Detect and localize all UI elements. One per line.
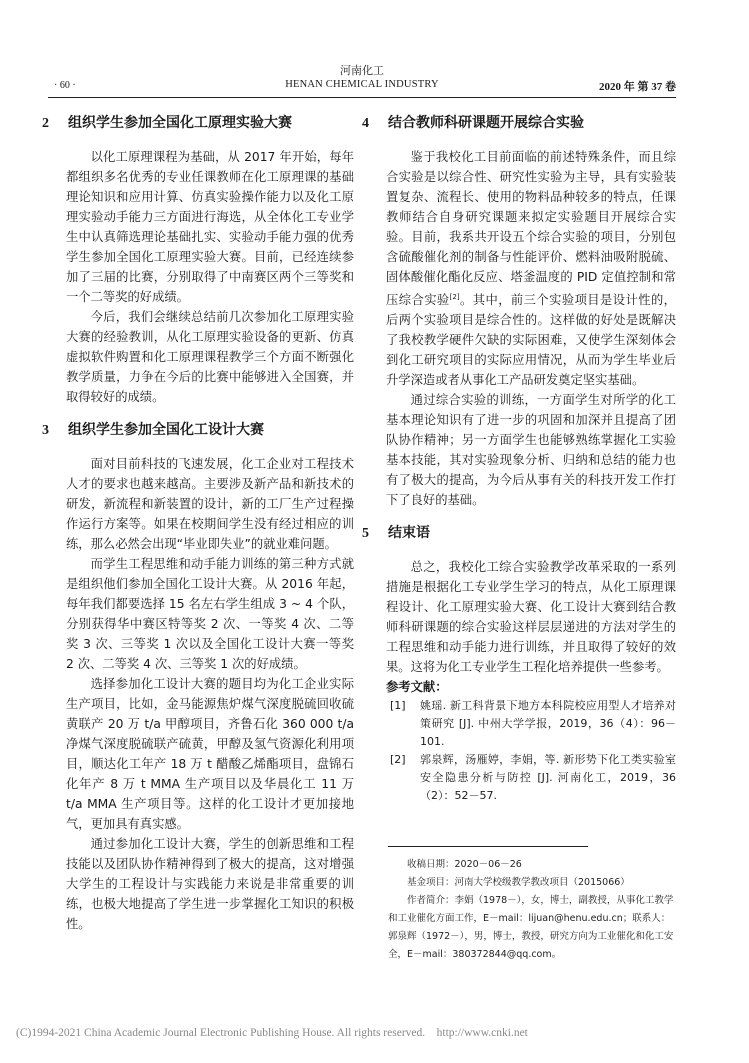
references-heading: 参考文献：: [386, 677, 676, 697]
paragraph: 鉴于我校化工目前面临的前述特殊条件，而且综合实验是以综合性、研究性实验为主导，具…: [386, 147, 676, 390]
section-title: 组织学生参加全国化工原理实验大赛: [68, 115, 292, 131]
section-4-heading: 4结合教师科研课题开展综合实验: [386, 112, 676, 135]
section-5-heading: 5结束语: [386, 522, 676, 545]
footnote-divider: [388, 846, 588, 847]
left-column: 2组织学生参加全国化工原理实验大赛 以化工原理课程为基础，从 2017 年开始，…: [66, 112, 354, 934]
reference-number: [2]: [386, 751, 420, 805]
section-2-heading: 2组织学生参加全国化工原理实验大赛: [66, 112, 354, 135]
issue-info: 2020 年 第 37 卷: [599, 78, 676, 94]
footnotes: 收稿日期：2020－06－26 基金项目：河南大学校级教学教改项目（201506…: [388, 856, 676, 964]
paragraph: 通过综合实验的训练，一方面学生对所学的化工基本理论知识有了进一步的巩固和加深并且…: [386, 390, 676, 510]
copyright-footer: (C)1994-2021 China Academic Journal Elec…: [16, 1027, 528, 1039]
author-bio: 作者简介：李娟（1978－），女，博士，副教授，从事化工教学和工业催化方面工作，…: [388, 892, 676, 964]
paragraph: 通过参加化工设计大赛，学生的创新思维和工程技能以及团队协作精神得到了极大的提高，…: [66, 834, 354, 934]
reference-item: [2] 郭泉辉，汤雁婷，李娟，等. 新形势下化工类实验室安全隐患分析与防控 [J…: [386, 751, 676, 805]
paragraph-text: 鉴于我校化工目前面临的前述特殊条件，而且综合实验是以综合性、研究性实验为主导，具…: [386, 150, 676, 307]
section-title: 结合教师科研课题开展综合实验: [388, 115, 584, 131]
journal-title-en: HENAN CHEMICAL INDUSTRY: [48, 79, 676, 90]
paragraph: 面对目前科技的飞速发展，化工企业对工程技术人才的要求也越来越高。主要涉及新产品和…: [66, 454, 354, 554]
paragraph: 以化工原理课程为基础，从 2017 年开始，每年都组织多名优秀的专业任课教师在化…: [66, 147, 354, 307]
paragraph: 总之，我校化工综合实验教学改革采取的一系列措施是根据化工专业学生学习的特点，从化…: [386, 557, 676, 677]
section-number: 3: [42, 420, 68, 442]
section-title: 结束语: [388, 525, 430, 541]
header-divider: [48, 97, 676, 98]
section-number: 5: [362, 523, 388, 545]
reference-text: 姚瑶. 新工科背景下地方本科院校应用型人才培养对策研究 [J]. 中州大学学报，…: [420, 697, 676, 751]
paragraph: 而学生工程思维和动手能力训练的第三种方式就是组织他们参加全国化工设计大赛。从 2…: [66, 554, 354, 674]
section-number: 2: [42, 113, 68, 135]
citation-link[interactable]: [2]: [450, 293, 460, 301]
received-date: 收稿日期：2020－06－26: [388, 856, 676, 874]
page-header: 河南化工 · 60 · HENAN CHEMICAL INDUSTRY 2020…: [48, 62, 676, 96]
reference-text: 郭泉辉，汤雁婷，李娟，等. 新形势下化工类实验室安全隐患分析与防控 [J]. 河…: [420, 751, 676, 805]
section-3-heading: 3组织学生参加全国化工设计大赛: [66, 419, 354, 442]
paragraph: 选择参加化工设计大赛的题目均为化工企业实际生产项目，比如，金马能源焦炉煤气深度脱…: [66, 674, 354, 834]
reference-item: [1] 姚瑶. 新工科背景下地方本科院校应用型人才培养对策研究 [J]. 中州大…: [386, 697, 676, 751]
paragraph-text: 。其中，前三个实验项目是设计性的，后两个实验项目是综合性的。这样做的好处是既解决…: [386, 293, 676, 387]
fund-project: 基金项目：河南大学校级教学教改项目（2015066）: [388, 874, 676, 892]
right-column: 4结合教师科研课题开展综合实验 鉴于我校化工目前面临的前述特殊条件，而且综合实验…: [386, 112, 676, 805]
paragraph: 今后，我们会继续总结前几次参加化工原理实验大赛的经验教训，从化工原理实验设备的更…: [66, 307, 354, 407]
section-number: 4: [362, 113, 388, 135]
journal-title-cn: 河南化工: [48, 62, 676, 78]
reference-number: [1]: [386, 697, 420, 751]
section-title: 组织学生参加全国化工设计大赛: [68, 422, 264, 438]
